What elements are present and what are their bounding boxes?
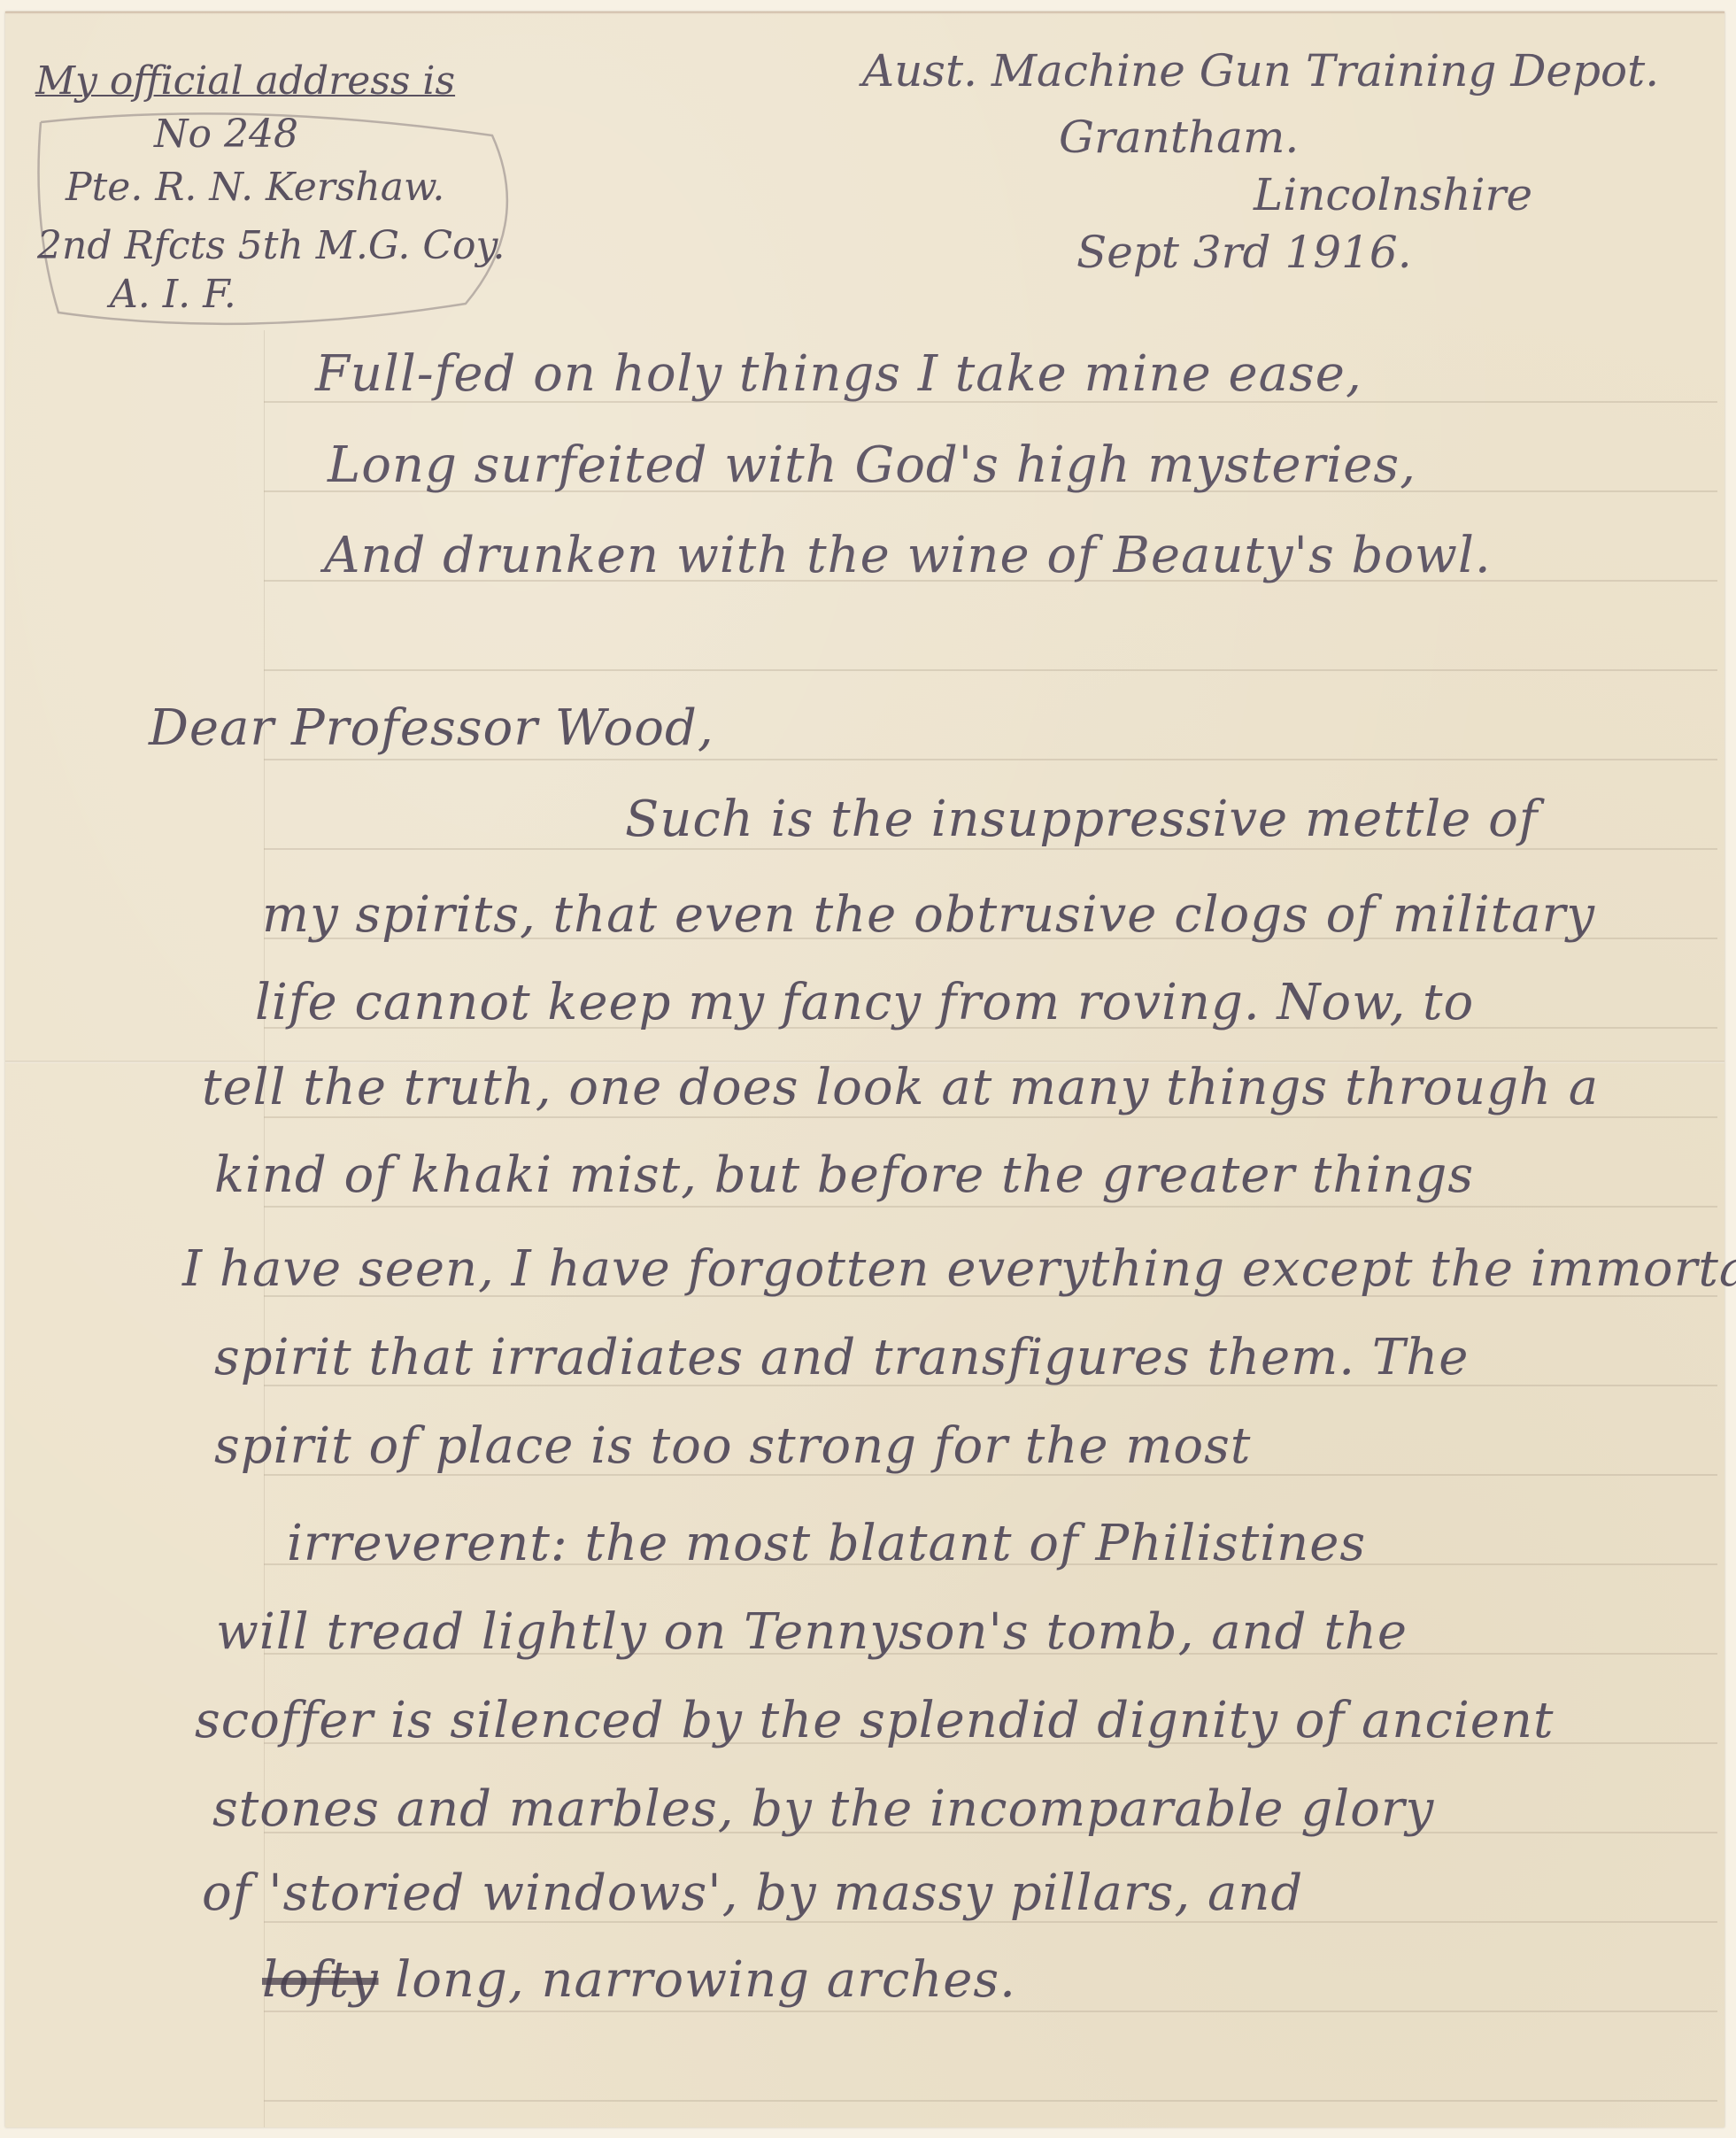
service-number: No 248: [154, 115, 298, 154]
force: A. I. F.: [110, 275, 236, 314]
ruled-line: [264, 2100, 1717, 2102]
body-line: kind of khaki mist, but before the great…: [214, 1151, 1474, 1200]
address-heading: My official address is: [35, 62, 455, 101]
paper-top-edge: [5, 12, 1724, 14]
epigraph-line: And drunken with the wine of Beauty's bo…: [324, 531, 1492, 581]
soldier-name: Pte. R. N. Kershaw.: [66, 168, 444, 207]
ruled-line: [264, 848, 1717, 850]
county: Lincolnshire: [1254, 173, 1532, 217]
epigraph-line: Long surfeited with God's high mysteries…: [328, 441, 1416, 490]
body-line: life cannot keep my fancy from roving. N…: [255, 978, 1474, 1028]
date: Sept 3rd 1916.: [1076, 230, 1412, 274]
margin-line: [264, 330, 265, 2127]
ruled-line: [264, 669, 1717, 671]
body-line: Such is the insuppressive mettle of: [625, 795, 1539, 845]
ruled-line: [264, 1116, 1717, 1118]
ruled-line: [264, 1206, 1717, 1208]
body-line: irreverent: the most blatant of Philisti…: [287, 1519, 1366, 1569]
body-line: will tread lightly on Tennyson's tomb, a…: [216, 1608, 1408, 1657]
body-line-text: long, narrowing arches.: [379, 1951, 1016, 2009]
ruled-line: [264, 2011, 1717, 2012]
letter-page: My official address is No 248 Pte. R. N.…: [5, 12, 1724, 2127]
body-line: scoffer is silenced by the splendid dign…: [195, 1696, 1554, 1746]
body-line: spirit of place is too strong for the mo…: [214, 1422, 1251, 1471]
body-line: stones and marbles, by the incomparable …: [212, 1785, 1434, 1834]
body-line-last: lofty long, narrowing arches.: [262, 1956, 1016, 2005]
ruled-line: [264, 759, 1717, 760]
body-line: spirit that irradiates and transfigures …: [214, 1333, 1469, 1383]
body-line: of 'storied windows', by massy pillars, …: [202, 1869, 1303, 1918]
body-line: my spirits, that even the obtrusive clog…: [262, 891, 1595, 940]
epigraph-line: Full-fed on holy things I take mine ease…: [315, 350, 1362, 399]
struck-word: lofty: [262, 1951, 379, 2009]
body-line: tell the truth, one does look at many th…: [202, 1063, 1599, 1113]
body-line: I have seen, I have forgotten everything…: [182, 1245, 1736, 1294]
institution: Aust. Machine Gun Training Depot.: [862, 49, 1659, 93]
town: Grantham.: [1059, 115, 1299, 159]
unit: 2nd Rfcts 5th M.G. Coy.: [37, 227, 505, 266]
salutation: Dear Professor Wood,: [149, 704, 714, 753]
